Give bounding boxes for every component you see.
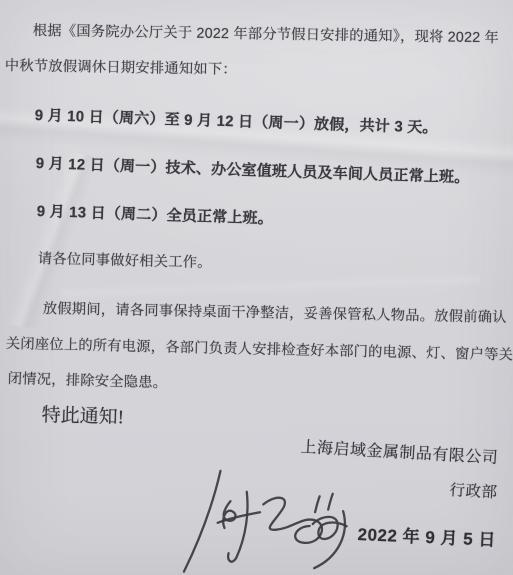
notes-line-2: 关闭座位上的所有电源，各部门负责人安排检查好本部门的电源、灯、窗户等关 bbox=[6, 336, 513, 364]
paper-crease bbox=[0, 71, 513, 208]
schedule-line-3: 9 月 13 日（周二）全员正常上班。 bbox=[36, 203, 273, 228]
closing-line: 特此通知! bbox=[41, 405, 124, 429]
notes-line-3: 闭情况，排除安全隐患。 bbox=[8, 371, 168, 392]
notice-date: 2022 年 9 月 5 日 bbox=[357, 525, 496, 550]
intro-line-1: 根据《国务院办公厅关于 2022 年部分节假日安排的通知》，现将 2022 年 bbox=[33, 23, 499, 47]
schedule-line-2: 9 月 12 日（周一）技术、办公室值班人员及车间人员正常上班。 bbox=[35, 155, 469, 187]
schedule-line-1: 9 月 10 日（周六）至 9 月 12 日（周一）放假，共计 3 天。 bbox=[34, 107, 437, 137]
department-name: 行政部 bbox=[449, 482, 498, 502]
intro-line-2: 中秋节放假调休日期安排通知如下： bbox=[5, 58, 237, 78]
notes-line-1: 放假期间，请各同事保持桌面干净整洁，妥善保管私人物品。放假前确认 bbox=[43, 301, 507, 326]
handwritten-signature bbox=[164, 455, 368, 575]
notice-paper: 根据《国务院办公厅关于 2022 年部分节假日安排的通知》，现将 2022 年 … bbox=[0, 0, 513, 575]
request-line: 请各位同事做好相关工作。 bbox=[38, 251, 212, 272]
